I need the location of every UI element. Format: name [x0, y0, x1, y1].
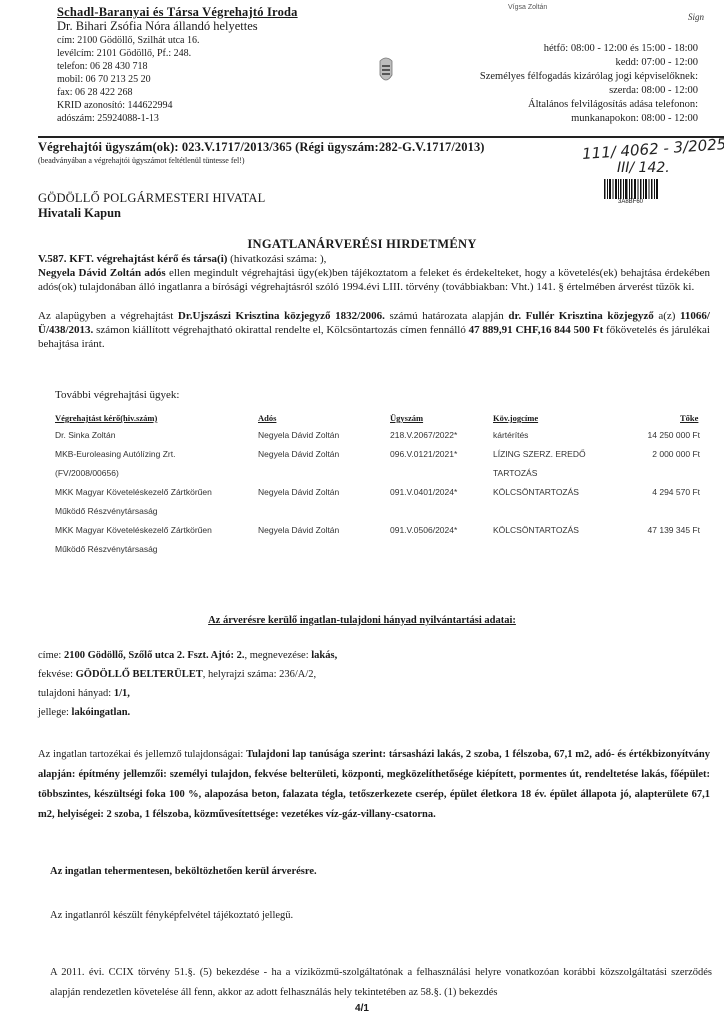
- notary-2: dr. Fullér Krisztina közjegyző: [508, 310, 653, 322]
- hours-phone-note: Általános felvilágosítás adása telefonon…: [528, 99, 698, 110]
- coat-of-arms-icon: [376, 55, 396, 85]
- properties-label: Az ingatlan tartozékai és jellemző tulaj…: [38, 749, 246, 760]
- cell-legal-title: KÖLCSÖNTARTOZÁS: [493, 525, 579, 535]
- cell-case-number: 218.V.2067/2022*: [390, 430, 457, 440]
- cell-principal: 14 250 000 Ft: [648, 430, 700, 440]
- cell-case-number: 091.V.0401/2024*: [390, 487, 457, 497]
- contact-fax: fax: 06 28 422 268: [57, 87, 133, 98]
- case-number: Végrehajtói ügyszám(ok): 023.V.1717/2013…: [38, 140, 485, 155]
- cell-legal-title: LÍZING SZERZ. EREDŐ: [493, 449, 586, 459]
- cell-legal-title: kártérítés: [493, 430, 528, 440]
- col-header-legal-title: Köv.jogcíme: [493, 413, 538, 423]
- office-name: Schadl-Baranyai és Társa Végrehajtó Irod…: [57, 5, 298, 20]
- registry-location: fekvése: GÖDÖLLŐ BELTERÜLET, helyrajzi s…: [38, 669, 316, 680]
- address-value: 2100 Gödöllő, Szőlő utca 2. Fszt. Ajtó: …: [64, 650, 245, 661]
- contact-phone: telefon: 06 28 430 718: [57, 61, 148, 72]
- contact-address: cím: 2100 Gödöllő, Szilhát utca 16.: [57, 35, 199, 46]
- basis-text-3: a(z): [654, 310, 680, 322]
- case-number-note: (beadványában a végrehajtói ügyszámot fe…: [38, 156, 245, 165]
- barcode-code: 3A8BF60: [618, 199, 643, 205]
- registry-type: jellege: lakóingatlan.: [38, 707, 130, 718]
- handwritten-reference: 111/ 4062 - 3/2025: [582, 135, 724, 163]
- cell-legal-title-cont: TARTOZÁS: [493, 468, 537, 478]
- contact-krid: KRID azonosító: 144622994: [57, 100, 173, 111]
- other-cases-title: További végrehajtási ügyek:: [55, 389, 179, 401]
- hours-wednesday: szerda: 08:00 - 12:00: [609, 85, 698, 96]
- cell-creditor-ref: (FV/2008/00656): [55, 468, 119, 478]
- encumbrance-note: Az ingatlan tehermentesen, beköltözhetőe…: [50, 866, 317, 877]
- contact-taxid: adószám: 25924088-1-13: [57, 113, 159, 124]
- share-label: tulajdoni hányad:: [38, 688, 114, 699]
- name-label: , megnevezése:: [244, 650, 311, 661]
- col-header-case-number: Ügyszám: [390, 413, 423, 423]
- registry-share: tulajdoni hányad: 1/1,: [38, 688, 130, 699]
- registry-title: Az árverésre kerülő ingatlan-tulajdoni h…: [0, 615, 724, 626]
- hours-monday: hétfő: 08:00 - 12:00 és 15:00 - 18:00: [544, 43, 698, 54]
- basis-text: Az alapügyben a végrehajtást: [38, 310, 178, 322]
- cell-debtor: Negyela Dávid Zoltán: [258, 487, 339, 497]
- col-header-principal: Tőke: [680, 413, 698, 423]
- col-header-creditor: Végrehajtást kérő(hiv.szám): [55, 413, 157, 423]
- name-value: lakás,: [311, 650, 337, 661]
- cell-debtor: Negyela Dávid Zoltán: [258, 525, 339, 535]
- cell-debtor: Negyela Dávid Zoltán: [258, 449, 339, 459]
- cell-principal: 4 294 570 Ft: [652, 487, 700, 497]
- stamp-name: Vígsa Zoltán: [508, 4, 547, 11]
- signature-mark: Sign: [688, 12, 704, 22]
- hours-personal-note: Személyes félfogadás kizárólag jogi képv…: [480, 71, 698, 82]
- recipient-channel: Hivatali Kapun: [38, 206, 121, 221]
- deputy-name: Dr. Bihari Zsófia Nóra állandó helyettes: [57, 19, 258, 34]
- cell-creditor-cont: Működő Részvénytársaság: [55, 544, 158, 554]
- location-value: GÖDÖLLŐ BELTERÜLET: [76, 669, 203, 680]
- page-number: 4/1: [0, 1003, 724, 1014]
- cell-debtor: Negyela Dávid Zoltán: [258, 430, 339, 440]
- cell-creditor: MKK Magyar Követeléskezelő Zártkörűen: [55, 525, 212, 535]
- creditor-text: V.587. KFT. végrehajtást kérő és társa(i…: [38, 253, 227, 265]
- hours-tuesday: kedd: 07:00 - 12:00: [615, 57, 698, 68]
- handwritten-reference-2: III/ 142.: [617, 160, 670, 176]
- intro-paragraph-2: Az alapügyben a végrehajtást Dr.Ujszászi…: [38, 309, 710, 351]
- intro-paragraph-1: V.587. KFT. végrehajtást kérő és társa(i…: [38, 252, 710, 294]
- cell-creditor: MKK Magyar Követeléskezelő Zártkörűen: [55, 487, 212, 497]
- cell-creditor: Dr. Sinka Zoltán: [55, 430, 115, 440]
- basis-text-2: számú határozata alapján: [385, 310, 508, 322]
- debtor-text: Negyela Dávid Zoltán adós: [38, 267, 166, 279]
- contact-postal: levélcím: 2101 Gödöllő, Pf.: 248.: [57, 48, 191, 59]
- header-divider: [38, 136, 724, 138]
- cell-legal-title: KÖLCSÖNTARTOZÁS: [493, 487, 579, 497]
- recipient-name: GÖDÖLLŐ POLGÁRMESTERI HIVATAL: [38, 191, 265, 206]
- address-label: címe:: [38, 650, 64, 661]
- type-value: lakóingatlan.: [72, 707, 131, 718]
- contact-mobile: mobil: 06 70 213 25 20: [57, 74, 151, 85]
- basis-text-4: számon kiállított végrehajtható okiratta…: [93, 324, 468, 336]
- cell-principal: 2 000 000 Ft: [652, 449, 700, 459]
- type-label: jellege:: [38, 707, 72, 718]
- barcode-icon: [604, 179, 658, 199]
- hours-workdays: munkanapokon: 08:00 - 12:00: [571, 113, 698, 124]
- location-label: fekvése:: [38, 669, 76, 680]
- cell-principal: 47 139 345 Ft: [648, 525, 700, 535]
- reference-text: (hivatkozási száma: ),: [227, 253, 326, 265]
- cell-creditor-cont: Működő Részvénytársaság: [55, 506, 158, 516]
- property-characteristics: Az ingatlan tartozékai és jellemző tulaj…: [38, 745, 710, 825]
- cell-case-number: 096.V.0121/2021*: [390, 449, 457, 459]
- cell-case-number: 091.V.0506/2024*: [390, 525, 457, 535]
- col-header-debtor: Adós: [258, 413, 276, 423]
- photo-note: Az ingatlanról készült fényképfelvétel t…: [50, 910, 293, 921]
- parcel-number: , helyrajzi száma: 236/A/2,: [203, 669, 316, 680]
- document-title: INGATLANÁRVERÉSI HIRDETMÉNY: [0, 237, 724, 252]
- share-value: 1/1,: [114, 688, 130, 699]
- cell-creditor: MKB-Euroleasing Autólízing Zrt.: [55, 449, 175, 459]
- notary-1: Dr.Ujszászi Krisztina közjegyző 1832/200…: [178, 310, 385, 322]
- registry-address: címe: 2100 Gödöllő, Szőlő utca 2. Fszt. …: [38, 650, 337, 661]
- law-note: A 2011. évi. CCIX törvény 51.§. (5) beke…: [50, 963, 712, 1003]
- claim-amount: 47 889,91 CHF,16 844 500 Ft: [469, 324, 604, 336]
